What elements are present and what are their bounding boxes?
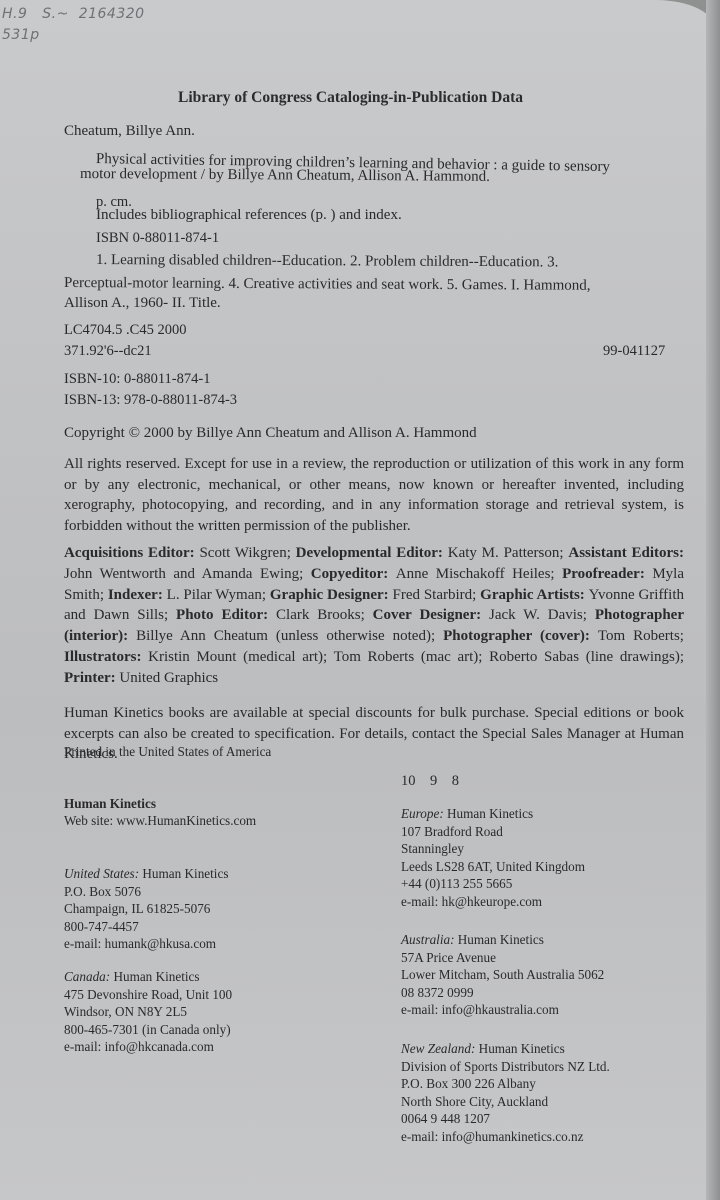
credit-name: Tom Roberts; (598, 628, 684, 644)
credit-role: Developmental Editor: (296, 545, 448, 561)
office-address-line: 475 Devonshire Road, Unit 100 (64, 986, 232, 1004)
office-address-line: North Shore City, Auckland (401, 1093, 610, 1111)
cip-subjects-line2: Perceptual-motor learning. 4. Creative a… (64, 274, 591, 295)
office-address-line: Lower Mitcham, South Australia 5062 (401, 966, 604, 984)
cip-lccn: 99-041127 (603, 342, 665, 360)
office-address-line: e-mail: humank@hkusa.com (64, 935, 228, 953)
office-address-line: Champaign, IL 61825-5076 (64, 900, 228, 918)
printing-line: 10 9 8 (401, 772, 459, 790)
cip-heading: Library of Congress Cataloging-in-Public… (178, 89, 523, 107)
cip-isbn: ISBN 0-88011-874-1 (96, 229, 219, 247)
office-address-line: 800-747-4457 (64, 918, 228, 936)
office-europe: Europe: Human Kinetics107 Bradford RoadS… (401, 805, 585, 910)
credit-name: John Wentworth and Amanda Ewing; (64, 566, 311, 582)
credit-role: Proofreader: (562, 566, 652, 582)
handwritten-note-line: H.9 S.~ 2164320 (2, 4, 145, 25)
credit-name: Katy M. Patterson; (448, 545, 569, 561)
office-region: New Zealand: (401, 1041, 479, 1056)
office-address-line: 0064 9 448 1207 (401, 1110, 610, 1128)
office-name: Human Kinetics (447, 806, 533, 821)
office-address-line: e-mail: info@humankinetics.co.nz (401, 1128, 610, 1146)
office-region: Canada: (64, 969, 113, 984)
credit-role: Photographer (cover): (443, 628, 598, 644)
cip-lc-class: LC4704.5 .C45 2000 (64, 321, 186, 339)
office-address-line: e-mail: info@hkaustralia.com (401, 1001, 604, 1019)
credit-name: Scott Wikgren; (199, 545, 295, 561)
cip-subjects-line1: 1. Learning disabled children--Education… (96, 251, 558, 271)
office-address-line: Stanningley (401, 840, 585, 858)
credit-role: Acquisitions Editor: (64, 545, 199, 561)
office-australia: Australia: Human Kinetics57A Price Avenu… (401, 931, 604, 1019)
rights-statement: All rights reserved. Except for use in a… (64, 454, 684, 536)
credits-block: Acquisitions Editor: Scott Wikgren; Deve… (64, 543, 684, 689)
office-canada: Canada: Human Kinetics475 Devonshire Roa… (64, 968, 232, 1056)
credit-name: Kristin Mount (medical art); Tom Roberts… (148, 649, 684, 665)
office-address-line: 800-465-7301 (in Canada only) (64, 1021, 232, 1039)
office-us: United States: Human KineticsP.O. Box 50… (64, 865, 228, 953)
office-address-line: +44 (0)113 255 5665 (401, 875, 585, 893)
page-edge (706, 0, 720, 1200)
office-name: Human Kinetics (458, 932, 544, 947)
credit-role: Cover Designer: (373, 607, 489, 623)
credit-name: Clark Brooks; (276, 607, 373, 623)
office-region: Australia: (401, 932, 458, 947)
office-address-line: Division of Sports Distributors NZ Ltd. (401, 1058, 610, 1076)
publisher-name: Human Kinetics (64, 795, 156, 813)
office-address-line: 107 Bradford Road (401, 823, 585, 841)
handwritten-notes: H.9 S.~ 2164320 531p (2, 4, 145, 46)
office-address-line: 57A Price Avenue (401, 949, 604, 967)
office-new-zealand: New Zealand: Human KineticsDivision of S… (401, 1040, 610, 1145)
handwritten-note-line: 531p (2, 25, 145, 46)
cip-includes: Includes bibliographical references (p. … (96, 206, 402, 224)
credit-name: Fred Starbird; (393, 587, 481, 603)
cip-dewey: 371.92'6--dc21 (64, 342, 152, 360)
office-address-line: P.O. Box 300 226 Albany (401, 1075, 610, 1093)
credit-role: Copyeditor: (311, 566, 396, 582)
office-address-line: Leeds LS28 6AT, United Kingdom (401, 858, 585, 876)
credit-name: Anne Mischakoff Heiles; (396, 566, 562, 582)
cip-subjects-line3: Allison A., 1960- II. Title. (64, 294, 221, 312)
publisher-website: Web site: www.HumanKinetics.com (64, 812, 256, 830)
office-address-line: e-mail: info@hkcanada.com (64, 1038, 232, 1056)
credit-name: United Graphics (119, 670, 218, 686)
copyright-line: Copyright © 2000 by Billye Ann Cheatum a… (64, 424, 477, 442)
office-address-line: Windsor, ON N8Y 2L5 (64, 1003, 232, 1021)
credit-role: Indexer: (108, 587, 167, 603)
office-address-line: 08 8372 0999 (401, 984, 604, 1002)
isbn-13: ISBN-13: 978-0-88011-874-3 (64, 391, 237, 409)
credit-name: Billye Ann Cheatum (unless otherwise not… (136, 628, 443, 644)
credit-role: Graphic Designer: (270, 587, 393, 603)
printed-in: Printed in the United States of America (64, 743, 271, 761)
office-region: United States: (64, 866, 142, 881)
office-address-line: e-mail: hk@hkeurope.com (401, 893, 585, 911)
office-name: Human Kinetics (113, 969, 199, 984)
credit-name: L. Pilar Wyman; (167, 587, 270, 603)
credit-role: Assistant Editors: (568, 545, 684, 561)
isbn-10: ISBN-10: 0-88011-874-1 (64, 370, 210, 388)
credit-name: Jack W. Davis; (489, 607, 595, 623)
credit-role: Photo Editor: (176, 607, 276, 623)
office-name: Human Kinetics (142, 866, 228, 881)
credit-role: Printer: (64, 670, 119, 686)
office-name: Human Kinetics (479, 1041, 565, 1056)
office-region: Europe: (401, 806, 447, 821)
cip-author: Cheatum, Billye Ann. (64, 122, 195, 140)
credit-role: Graphic Artists: (480, 587, 588, 603)
cip-title-line2: motor development / by Billye Ann Cheatu… (80, 165, 490, 186)
office-address-line: P.O. Box 5076 (64, 883, 228, 901)
credit-role: Illustrators: (64, 649, 148, 665)
